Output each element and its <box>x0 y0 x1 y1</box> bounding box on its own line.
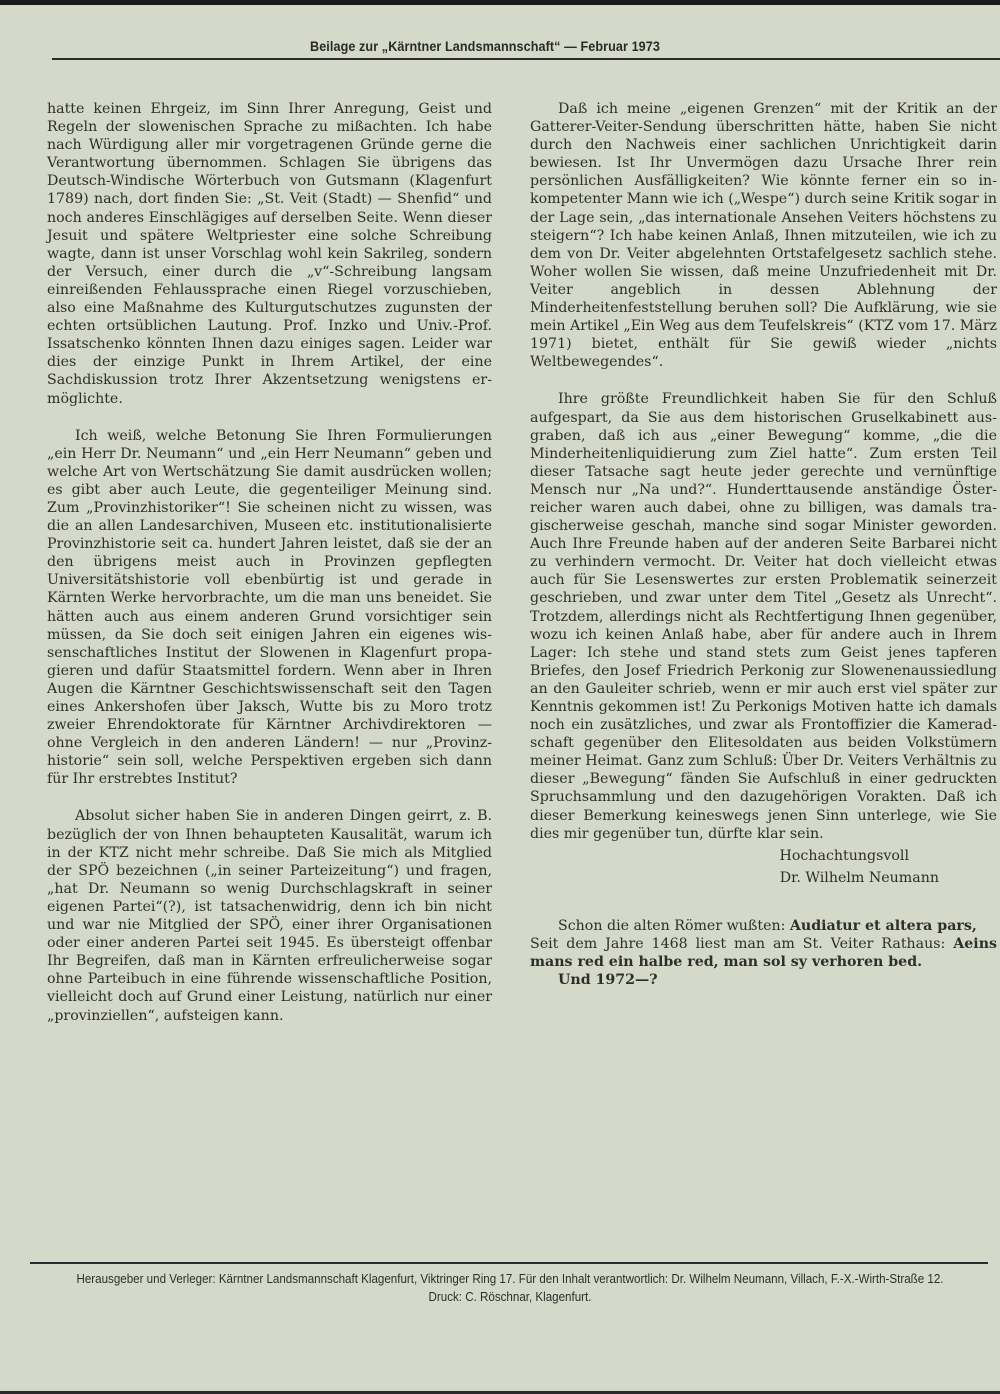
newspaper-page: Beilage zur „Kärntner Landsmannschaft“ —… <box>0 0 1000 1394</box>
paragraph-gap <box>47 408 492 427</box>
page-header: Beilage zur „Kärntner Landsmannschaft“ —… <box>52 36 1000 62</box>
postscript-line-3: Und 1972—? <box>530 971 997 989</box>
left-column: hatte keinen Ehrgeiz, im Sinn Ihrer Anre… <box>47 100 492 1025</box>
letter-signature: Dr. Wilhelm Neumann <box>530 869 997 887</box>
postscript-line-2: Seit dem Jahre 1468 liest man am St. Vei… <box>530 935 997 971</box>
paragraph: Ich weiß, welche Betonung Sie Ihren Form… <box>47 427 492 789</box>
paragraph-gap <box>530 371 997 390</box>
postscript-quote: Audiatur et altera pars, <box>790 918 977 934</box>
paragraph: Daß ich meine „eigenen Grenzen“ mit der … <box>530 100 997 371</box>
paragraph: Ihre größte Freundlichkeit haben Sie für… <box>530 390 997 842</box>
right-column: Daß ich meine „eigenen Grenzen“ mit der … <box>530 100 997 989</box>
imprint: Herausgeber und Verleger: Kärntner Lands… <box>68 1270 951 1306</box>
footer-rule <box>30 1262 988 1264</box>
page-header-title: Beilage zur „Kärntner Landsmannschaft“ —… <box>310 38 660 54</box>
postscript-text: Seit dem Jahre 1468 liest man am St. Vei… <box>530 936 953 952</box>
letter-closing: Hochachtungsvoll <box>530 847 997 865</box>
paragraph: hatte keinen Ehrgeiz, im Sinn Ihrer Anre… <box>47 100 492 408</box>
header-rule <box>52 58 1000 60</box>
postscript-text: Schon die alten Römer wußten: <box>558 918 790 934</box>
paragraph: Absolut sicher haben Sie in anderen Ding… <box>47 807 492 1024</box>
page-footer: Herausgeber und Verleger: Kärntner Lands… <box>30 1262 990 1306</box>
paragraph-gap <box>47 788 492 807</box>
scan-top-edge <box>0 0 1000 5</box>
postscript-line-1: Schon die alten Römer wußten: Audiatur e… <box>530 917 997 935</box>
